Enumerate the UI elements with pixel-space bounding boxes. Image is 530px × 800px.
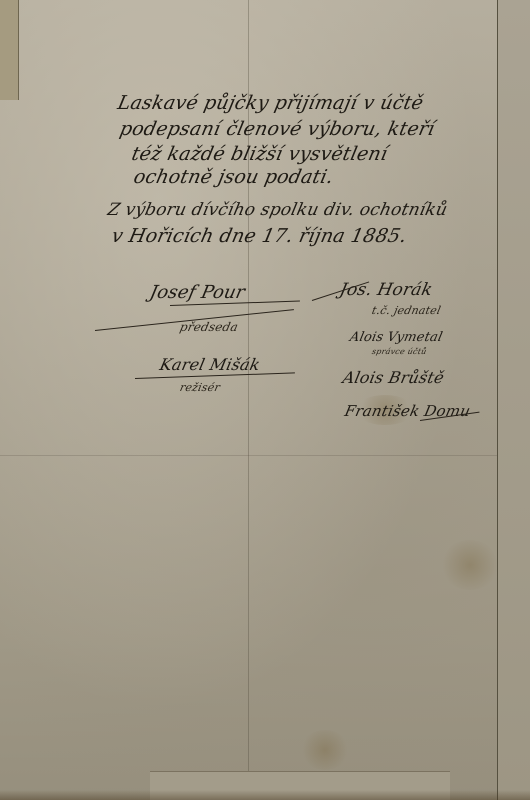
body-line-1: Laskavé půjčky přijímají v účtě [116,92,426,114]
signature-alois-bruste: Alois Brůště [341,368,446,387]
paper-stain [300,730,350,770]
adjacent-page-edge [497,0,530,800]
body-line-4: ochotně jsou podati. [132,166,336,188]
signature-alois-vymetal: Alois Vymetal [348,330,443,345]
signature-josef-pour: Josef Pour [148,282,247,303]
signature-karel-misak: Karel Mišák [158,355,262,374]
signature-jos-horak: Jos. Horák [338,280,434,300]
role-predseda: předseda [179,320,240,334]
horizontal-fold-line [0,455,497,456]
closing-line-1: Z výboru dívčího spolku div. ochotníků [106,200,449,220]
bottom-edge-shadow [0,790,530,800]
role-spravce-uctu: správce účtů [371,347,427,356]
underlying-page-edge [0,0,19,100]
closing-line-2: v Hořicích dne 17. října 1885. [110,225,409,247]
body-line-3: též každé bližší vysvětlení [130,143,390,165]
role-reziser: režisér [179,381,222,394]
signature-frantisek-domu: František Domu [343,402,472,420]
body-line-2: podepsaní členové výboru, kteří [118,118,437,140]
paper-stain [440,540,500,590]
role-jednatel: t.č. jednatel [371,304,442,317]
